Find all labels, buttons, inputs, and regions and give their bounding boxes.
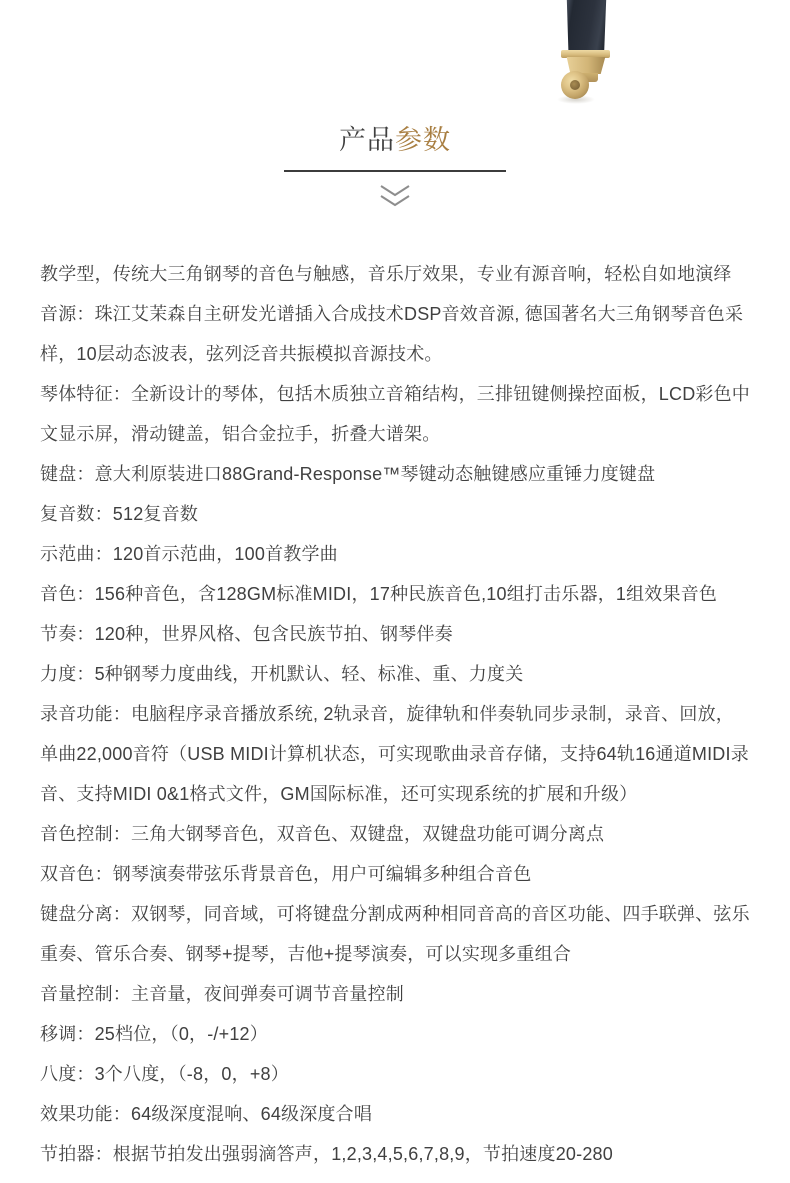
spec-paragraph: 复音数：512复音数 [40, 494, 752, 534]
spec-paragraph: 力度：5种钢琴力度曲线，开机默认、轻、标准、重、力度关 [40, 654, 752, 694]
spec-paragraph: 八度：3个八度，（-8，0，+8） [40, 1054, 752, 1094]
spec-paragraph: 移调：25档位，（0，-/+12） [40, 1014, 752, 1054]
caster-wheel-hub [570, 80, 580, 90]
spec-paragraph: 节拍器：根据节拍发出强弱滴答声，1,2,3,4,5,6,7,8,9，节拍速度20… [40, 1134, 752, 1174]
spec-paragraph: 键盘分离：双钢琴，同音域，可将键盘分割成两种相同音高的音区功能、四手联弹、弦乐重… [40, 894, 752, 974]
piano-leg-shaft [566, 0, 607, 53]
product-parameters-section: 产品参数 教学型，传统大三角钢琴的音色与触感，音乐厅效果，专业有源音响，轻松自如… [0, 0, 790, 1174]
double-chevron-down-icon [378, 184, 412, 208]
spec-paragraph: 教学型，传统大三角钢琴的音色与触感，音乐厅效果，专业有源音响，轻松自如地演绎 [40, 254, 752, 294]
section-title-prefix: 产品 [339, 125, 395, 155]
spec-paragraph: 节奏：120种，世界风格、包含民族节拍、钢琴伴奏 [40, 614, 752, 654]
spec-paragraph: 录音功能：电脑程序录音播放系统, 2轨录音，旋律轨和伴奏轨同步录制，录音、回放，… [40, 694, 752, 814]
spec-paragraph: 音色：156种音色，含128GM标准MIDI，17种民族音色,10组打击乐器，1… [40, 574, 752, 614]
product-photo-piano-leg [0, 0, 790, 102]
section-title: 产品参数 [0, 124, 790, 156]
spec-paragraph: 琴体特征：全新设计的琴体，包括木质独立音箱结构，三排钮键侧操控面板，LCD彩色中… [40, 374, 752, 454]
spec-paragraph: 音源：珠江艾茉森自主研发光谱插入合成技术DSP音效音源, 德国著名大三角钢琴音色… [40, 294, 752, 374]
brass-flange [561, 50, 610, 58]
title-underline [284, 170, 506, 172]
spec-paragraph: 音量控制：主音量，夜间弹奏可调节音量控制 [40, 974, 752, 1014]
spec-paragraph: 音色控制：三角大钢琴音色，双音色、双键盘，双键盘功能可调分离点 [40, 814, 752, 854]
spec-paragraph: 效果功能：64级深度混响、64级深度合唱 [40, 1094, 752, 1134]
spec-paragraph: 双音色：钢琴演奏带弦乐背景音色，用户可编辑多种组合音色 [40, 854, 752, 894]
spec-paragraph-list: 教学型，传统大三角钢琴的音色与触感，音乐厅效果，专业有源音响，轻松自如地演绎音源… [40, 254, 752, 1174]
spec-paragraph: 键盘：意大利原装进口88Grand-Response™琴键动态触键感应重锤力度键… [40, 454, 752, 494]
spec-paragraph: 示范曲：120首示范曲，100首教学曲 [40, 534, 752, 574]
section-title-highlight: 参数 [395, 125, 451, 155]
